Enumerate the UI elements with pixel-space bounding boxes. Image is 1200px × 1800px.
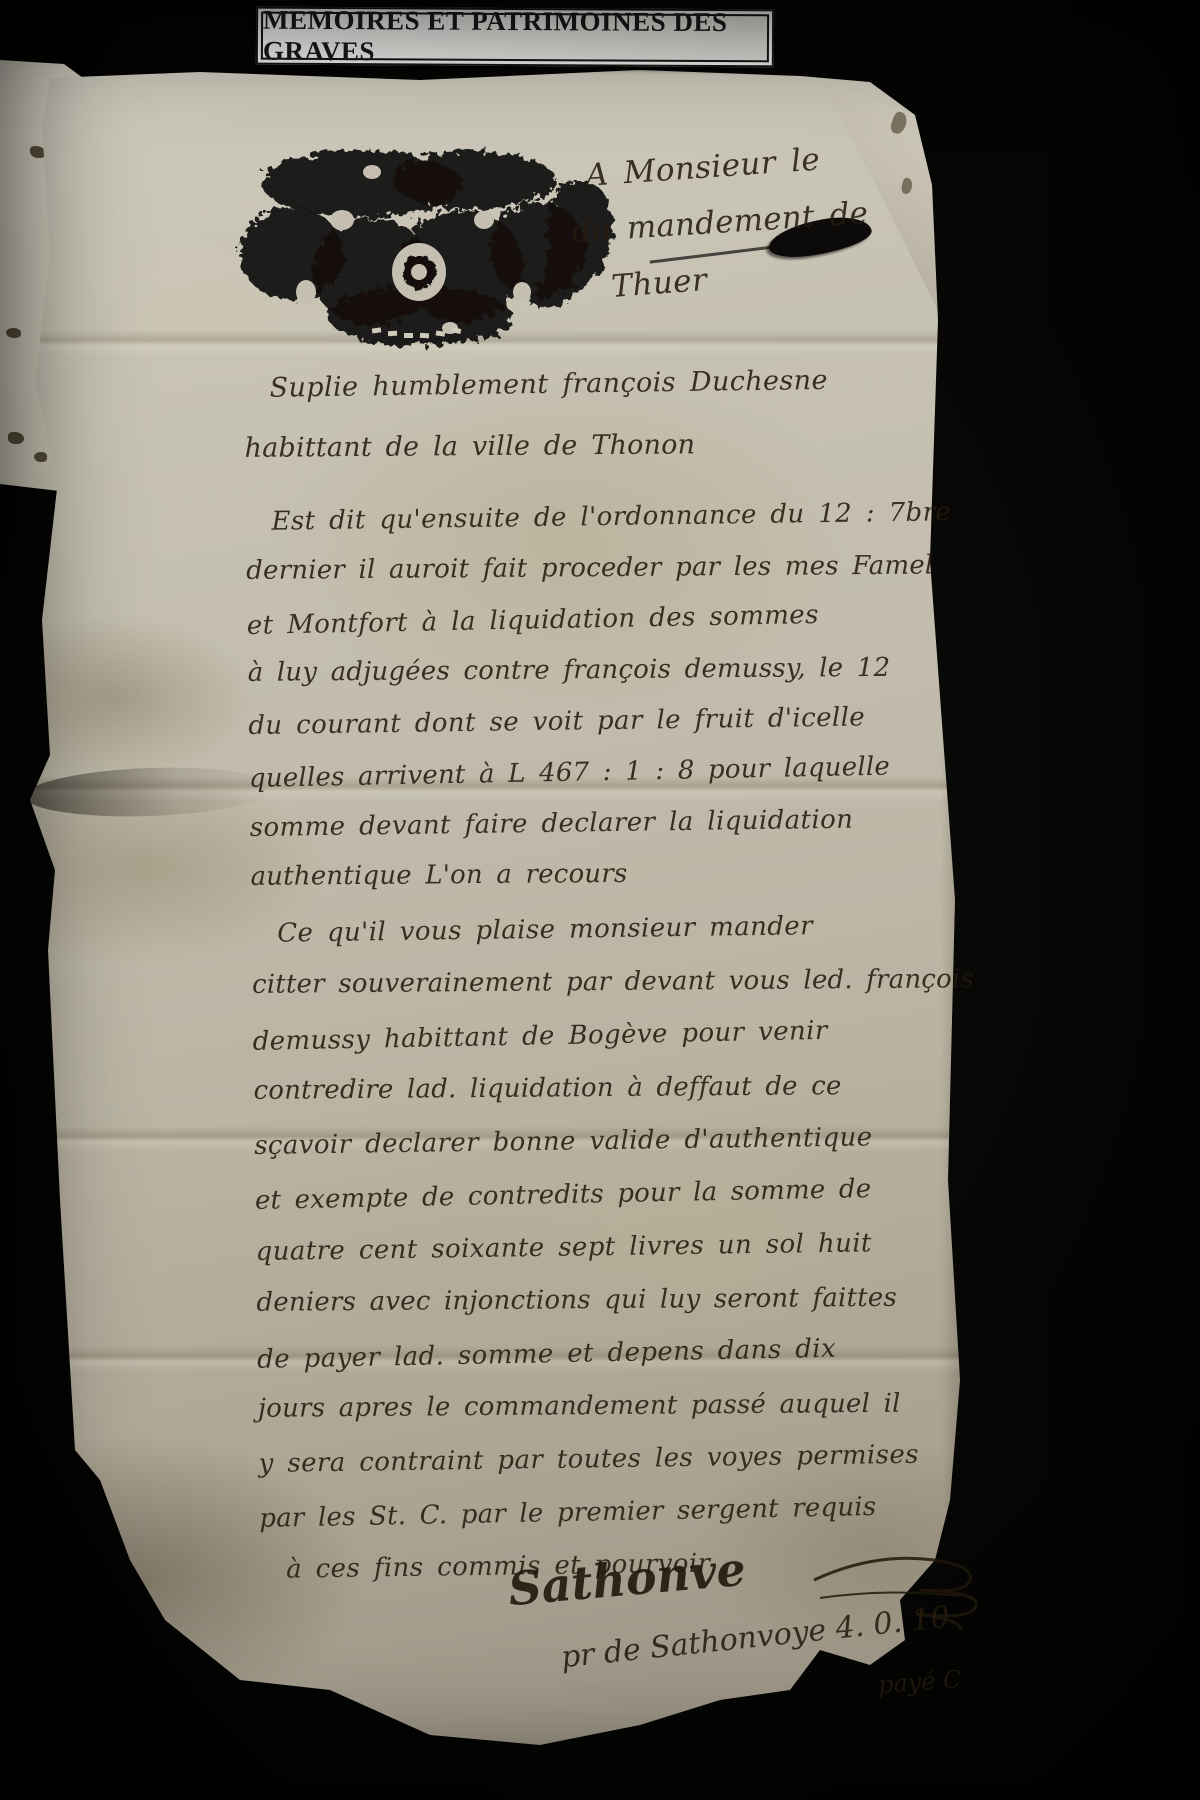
paragraph-supplication: Suplie humblement françois Duchesne habi…: [243, 363, 965, 497]
manuscript-line: jours apres le commandement passé auquel…: [258, 1388, 978, 1447]
manuscript-line: Suplie humblement françois Duchesne: [269, 363, 964, 435]
payment-note: payé C: [877, 1665, 962, 1699]
manuscript-line: citter souverainement par devant vous le…: [252, 964, 972, 1023]
margin-doodle: [6, 328, 21, 338]
manuscript-line: deniers avec injonctions qui luy seront …: [256, 1282, 976, 1341]
margin-doodle: [8, 432, 24, 444]
archive-photograph: A Monsieur le du mandement de Thuer Supl…: [0, 0, 1200, 1800]
manuscript-line: de payer lad. somme et depens dans dix: [257, 1331, 978, 1398]
tear-shadow: [24, 764, 276, 821]
banner-title: MEMOIRES ET PATRIMOINES DES GRAVES: [263, 5, 767, 70]
petition-body: Suplie humblement françois Duchesne habi…: [243, 363, 980, 1608]
manuscript-line: habittant de la ville de Thonon: [244, 427, 964, 495]
address-header: A Monsieur le du mandement de Thuer: [584, 138, 874, 325]
manuscript-line: Ce qu'il vous plaise monsieur mander: [277, 909, 972, 972]
manuscript-line: à luy adjugées contre françois demussy, …: [248, 652, 968, 709]
paragraph-request: Ce qu'il vous plaise monsieur mander cit…: [251, 909, 981, 1608]
manuscript-line: contredire lad. liquidation à deffaut de…: [253, 1070, 973, 1129]
margin-doodle: [34, 452, 47, 462]
collection-banner: MEMOIRES ET PATRIMOINES DES GRAVES: [256, 7, 774, 68]
manuscript-line: Est dit qu'ensuite de l'ordonnance du 12…: [271, 497, 966, 558]
official-ink-stamp: [222, 132, 618, 354]
manuscript-line: demussy habittant de Bogève pour venir: [252, 1013, 973, 1080]
banner-frame: MEMOIRES ET PATRIMOINES DES GRAVES: [261, 12, 769, 63]
manuscript-line: authentique L'on a recours: [250, 856, 970, 913]
paragraph-exposition: Est dit qu'ensuite de l'ordonnance du 12…: [245, 497, 971, 915]
